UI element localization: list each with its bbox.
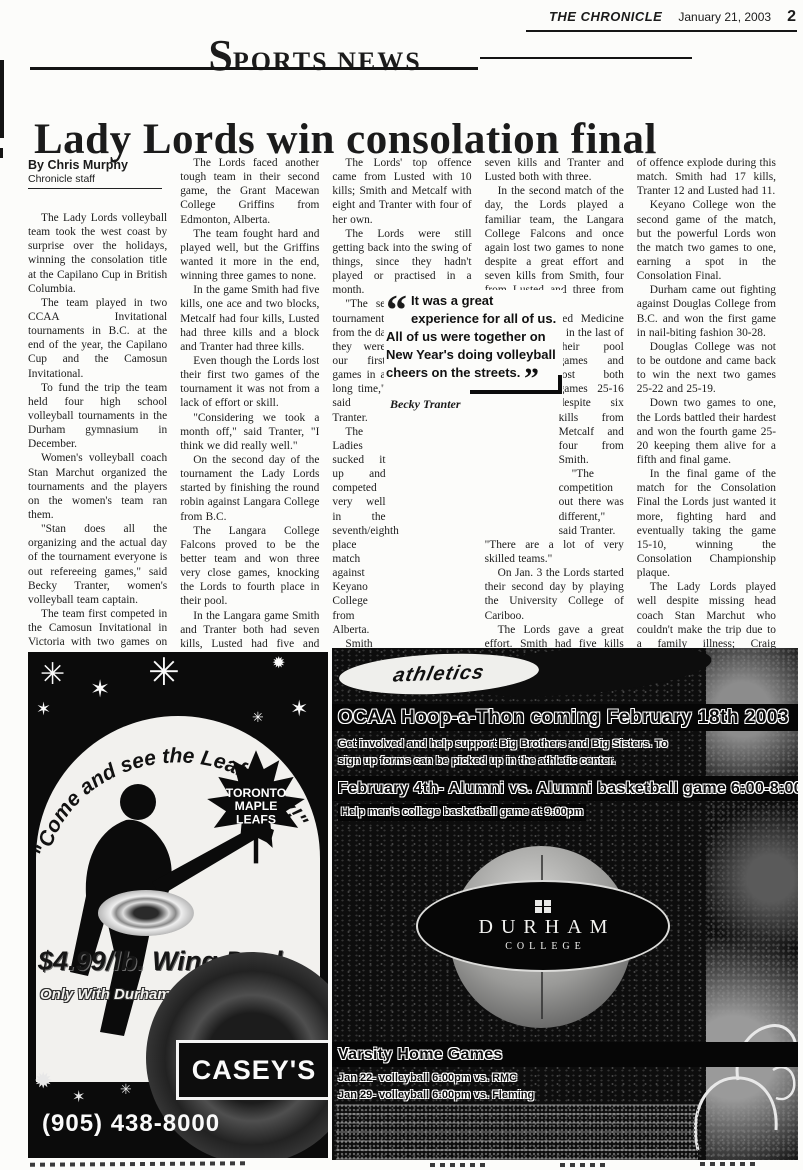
caseys-logo: CASEY'S <box>176 1040 328 1100</box>
open-quote-mark: “ <box>386 298 407 325</box>
college-subname: COLLEGE <box>505 941 586 952</box>
article-paragraph: In the game Smith had five kills, one ac… <box>180 283 319 354</box>
issue-date: January 21, 2003 <box>678 10 771 24</box>
article-column: The Lords faced another tough team in th… <box>180 156 319 650</box>
byline-org: Chronicle staff <box>28 173 162 189</box>
scan-artifact <box>30 1161 250 1167</box>
article-paragraph: "Stan does all the organizing and the ac… <box>28 522 167 607</box>
event-banner-2: February 4th- Alumni vs. Alumni basketba… <box>332 776 798 801</box>
article-paragraph: they were our first games in a long time… <box>332 340 385 425</box>
pull-quote: “ It was a great experience for all of u… <box>384 290 563 414</box>
article-column: By Chris MurphyChronicle staffThe Lady L… <box>28 156 167 650</box>
article-paragraph: Down two games to one, the Lords battled… <box>637 396 776 467</box>
illegible-text-noise <box>336 1104 698 1160</box>
starburst-icon: ✹ <box>272 656 285 672</box>
newspaper-page: THE CHRONICLE January 21, 2003 2 SPORTS … <box>0 0 803 1170</box>
event-banner-2-text: February 4th- Alumni vs. Alumni basketba… <box>338 780 798 798</box>
article-paragraph: The team first competed in the Camosun I… <box>28 607 167 650</box>
article-paragraph: "Considering we took a month off," said … <box>180 411 319 453</box>
article-paragraph: On the second day of the tournament the … <box>180 453 319 524</box>
article-paragraph: The Lords gave a great effort. Smith had… <box>485 623 624 650</box>
section-banner: SPORTS NEWS <box>150 30 480 81</box>
article-paragraph: On Jan. 3 the Lords started their second… <box>485 566 624 623</box>
article-paragraph: seven kills and Tranter and Lusted both … <box>485 156 624 184</box>
article-paragraph: The team played in two CCAA Invitational… <box>28 296 167 381</box>
schedule-line: Jan 22- volleyball 6:00pm vs. RMC <box>338 1072 517 1084</box>
event-2-details: Help men's college basketball game at 9:… <box>338 804 586 821</box>
article-paragraph: To fund the trip the team held four high… <box>28 381 167 452</box>
pull-quote-text: It was a great experience for all of us.… <box>386 293 556 380</box>
article-paragraph: "There are a lot of very skilled teams." <box>485 538 624 566</box>
event-2-details-text: Help men's college basketball game at 9:… <box>341 806 583 818</box>
wing-plate <box>98 890 194 936</box>
article-paragraph: The Lady Lords volleyball team took the … <box>28 211 167 296</box>
pull-quote-attribution: Becky Tranter <box>390 397 562 412</box>
scan-artifact <box>560 1163 610 1167</box>
article-paragraph: Durham came out fighting against Douglas… <box>637 283 776 340</box>
college-crest-icon <box>535 900 551 914</box>
starburst-icon: ✹ <box>34 1070 52 1092</box>
event-banner-1: OCAA Hoop-a-Thon coming February 18th 20… <box>332 704 798 731</box>
article-column: of offence explode during this match. Sm… <box>637 156 776 650</box>
byline: By Chris Murphy <box>28 158 167 172</box>
masthead-rule <box>526 30 797 32</box>
starburst-icon: ✶ <box>72 1090 85 1106</box>
page-number: 2 <box>787 8 796 26</box>
college-name: DURHAM <box>479 916 616 939</box>
event-1-details-line2: sign up forms can be picked up in the at… <box>338 755 616 767</box>
article-paragraph: In the final game of the match for the C… <box>637 467 776 580</box>
event-1-details-line1: Get involved and help support Big Brothe… <box>338 738 668 750</box>
article-paragraph: The Langara College Falcons proved to be… <box>180 524 319 609</box>
varsity-header-strip: Varsity Home Games <box>332 1042 798 1067</box>
article-paragraph: Keyano College won the second game of th… <box>637 198 776 283</box>
section-title: PORTS NEWS <box>233 47 422 76</box>
article-paragraph: Even though the Lords lost their first t… <box>180 354 319 411</box>
scan-artifact <box>700 1162 760 1166</box>
athletics-ad: athletics OCAA Hoop-a-Thon coming Februa… <box>332 648 798 1160</box>
scan-artifact <box>0 60 4 138</box>
section-title-initial: S <box>208 31 232 80</box>
article-paragraph: Douglas College was not to be outdone an… <box>637 340 776 397</box>
paper-name: THE CHRONICLE <box>549 9 662 24</box>
varsity-header-text: Varsity Home Games <box>338 1046 503 1064</box>
varsity-schedule: Jan 22- volleyball 6:00pm vs. RMCJan 29-… <box>338 1070 534 1103</box>
banner-side-rule <box>480 57 692 59</box>
starburst-icon: ✳ <box>148 654 180 692</box>
article-paragraph: "The competition out there was different… <box>559 467 624 538</box>
pull-quote-rule <box>470 390 562 394</box>
article-paragraph: Women's volleyball coach Stan Marchut or… <box>28 451 167 522</box>
event-1-details: Get involved and help support Big Brothe… <box>338 736 668 769</box>
starburst-icon: ✶ <box>90 678 110 702</box>
article-paragraph: their pool games and lost both games 25-… <box>559 340 624 467</box>
article-paragraph: The Ladies sucked it up and competed ver… <box>332 425 385 637</box>
article-paragraph: The team fought hard and played well, bu… <box>180 227 319 284</box>
phone-number: (905) 438-8000 <box>42 1110 220 1138</box>
schedule-line: Jan 29- volleyball 6:00pm vs. Fleming <box>338 1089 534 1101</box>
scan-artifact <box>0 148 3 158</box>
article-paragraph: of offence explode during this match. Sm… <box>637 156 776 198</box>
caseys-leafs-ad: ✳ ✶ ✳ ✶ ✹ ✶ ✳ ✹ ✶ ✳ ✹ ✶ "Come and see th… <box>28 652 328 1158</box>
event-banner-1-text: OCAA Hoop-a-Thon coming February 18th 20… <box>338 707 789 729</box>
article-paragraph: The Lady Lords played well despite missi… <box>637 580 776 650</box>
article-paragraph: The Lords faced another tough team in th… <box>180 156 319 227</box>
starburst-icon: ✳ <box>120 1082 132 1096</box>
article-paragraph: The Lords' top offence came from Lusted … <box>332 156 471 227</box>
scan-artifact <box>430 1163 490 1167</box>
starburst-icon: ✳ <box>40 660 65 690</box>
article-paragraph: The Lords were still getting back into t… <box>332 227 471 298</box>
banner-rule <box>30 67 478 70</box>
durham-college-logo: DURHAM COLLEGE <box>416 880 670 972</box>
masthead: THE CHRONICLE January 21, 2003 2 <box>528 8 796 26</box>
article-paragraph: In the Langara game Smith and Tranter bo… <box>180 609 319 651</box>
